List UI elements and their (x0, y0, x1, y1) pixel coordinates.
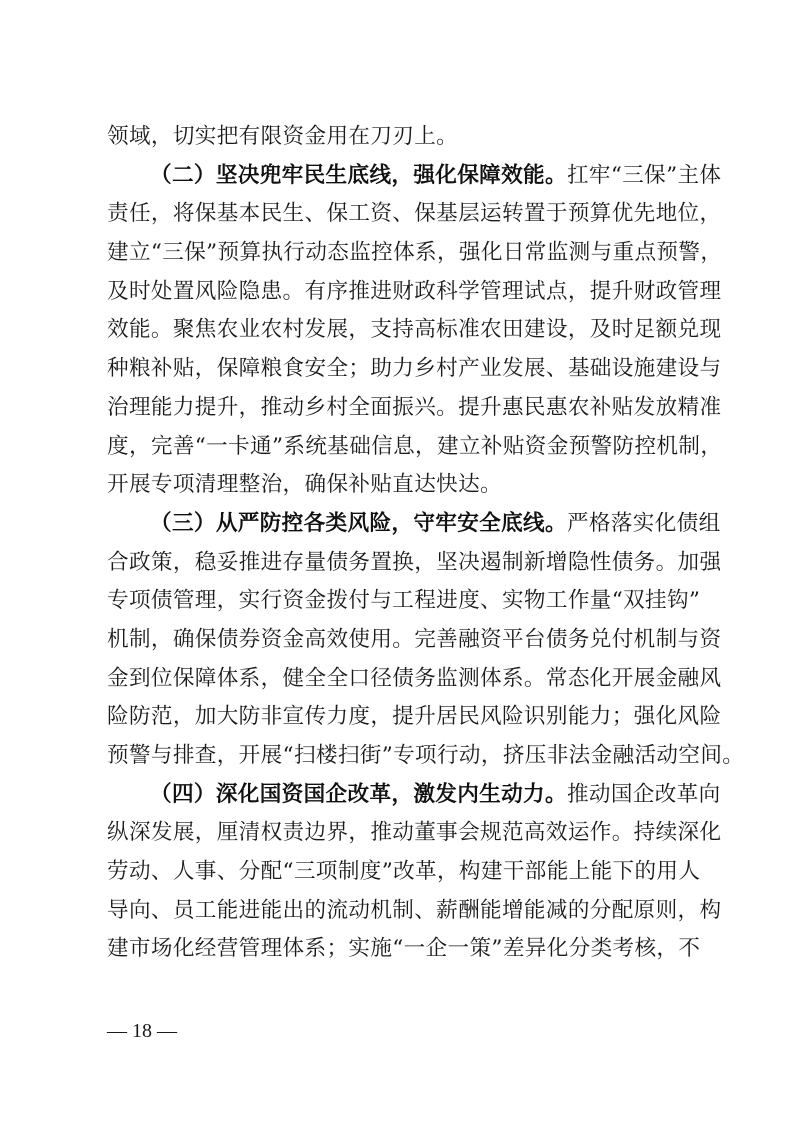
section-heading: （二）坚决兜牢民生底线，强化保障效能。 (150, 163, 567, 188)
text-line: 领域，切实把有限资金用在刀刃上。 (107, 118, 695, 157)
text-line: 治理能力提升，推动乡村全面振兴。提升惠民惠农补贴发放精准 (107, 389, 695, 428)
section-heading: （三）从严防控各类风险，守牢安全底线。 (150, 511, 567, 536)
body-text: 领域，切实把有限资金用在刀刃上。 （二）坚决兜牢民生底线，强化保障效能。扛牢“三… (107, 118, 695, 969)
section-lead-text: 严格落实化债组 (567, 511, 721, 536)
text-line: 及时处置风险隐患。有序推进财政科学管理试点，提升财政管理 (107, 273, 695, 312)
document-page: 领域，切实把有限资金用在刀刃上。 （二）坚决兜牢民生底线，强化保障效能。扛牢“三… (0, 0, 793, 1122)
text-line: 劳动、人事、分配“三项制度”改革，构建干部能上能下的用人 (107, 853, 695, 892)
section-lead-text: 扛牢“三保”主体 (567, 163, 721, 188)
text-line: 机制，确保债券资金高效使用。完善融资平台债务兑付机制与资 (107, 621, 695, 660)
page-number: — 18 — (107, 1020, 177, 1043)
text-line: 度，完善“一卡通”系统基础信息，建立补贴资金预警防控机制， (107, 428, 695, 467)
text-line: 合政策，稳妥推进存量债务置换，坚决遏制新增隐性债务。加强 (107, 544, 695, 583)
section-first-line: （四）深化国资国企改革，激发内生动力。推动国企改革向 (107, 776, 695, 815)
section-lead-text: 推动国企改革向 (567, 782, 721, 807)
text-line: 建立“三保”预算执行动态监控体系，强化日常监测与重点预警， (107, 234, 695, 273)
text-line: 金到位保障体系，健全全口径债务监测体系。常态化开展金融风 (107, 660, 695, 699)
text-line: 专项债管理，实行资金拨付与工程进度、实物工作量“双挂钩” (107, 582, 695, 621)
text-line: 开展专项清理整治，确保补贴直达快达。 (107, 466, 695, 505)
text-line: 纵深发展，厘清权责边界，推动董事会规范高效运作。持续深化 (107, 814, 695, 853)
text-line: 效能。聚焦农业农村发展，支持高标准农田建设，及时足额兑现 (107, 311, 695, 350)
text-line: 导向、员工能进能出的流动机制、薪酬能增能减的分配原则，构 (107, 892, 695, 931)
text-line: 险防范，加大防非宣传力度，提升居民风险识别能力；强化风险 (107, 698, 695, 737)
text-line: 预警与排查，开展“扫楼扫街”专项行动，挤压非法金融活动空间。 (107, 737, 695, 776)
section-first-line: （三）从严防控各类风险，守牢安全底线。严格落实化债组 (107, 505, 695, 544)
text-line: 责任，将保基本民生、保工资、保基层运转置于预算优先地位， (107, 195, 695, 234)
text-line: 建市场化经营管理体系；实施“一企一策”差异化分类考核，不 (107, 930, 695, 969)
section-first-line: （二）坚决兜牢民生底线，强化保障效能。扛牢“三保”主体 (107, 157, 695, 196)
text-line: 种粮补贴，保障粮食安全；助力乡村产业发展、基础设施建设与 (107, 350, 695, 389)
section-heading: （四）深化国资国企改革，激发内生动力。 (150, 782, 567, 807)
